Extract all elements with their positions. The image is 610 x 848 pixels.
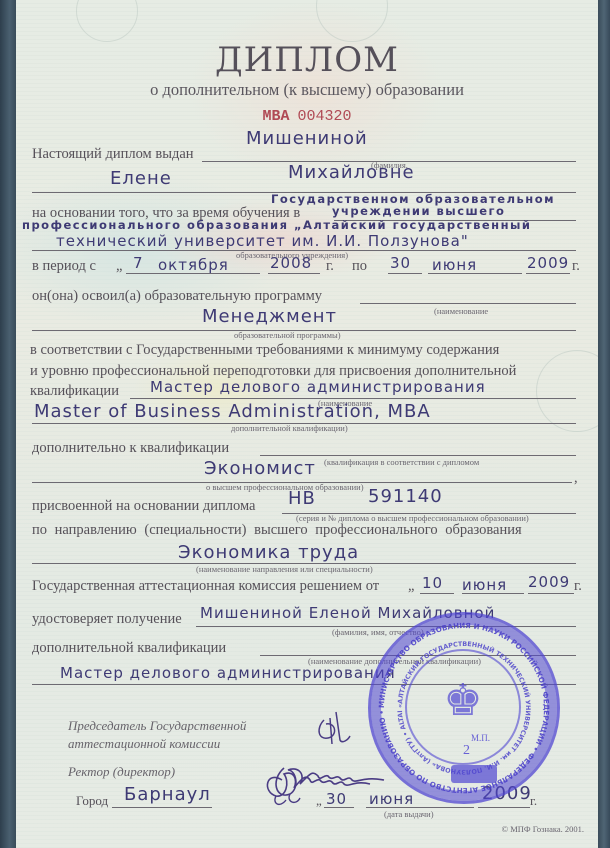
base-diploma-label: присвоенной на основании диплома [32, 498, 255, 515]
program-hint-top: (наименование [434, 306, 488, 316]
chairman-label-2: аттестационной комиссии [68, 736, 220, 752]
field-line [360, 303, 576, 304]
specialty-label: по направлению (специальности) высшего п… [32, 522, 522, 539]
period-to-label: по [352, 258, 367, 275]
cover-left-edge [0, 0, 16, 848]
extra-qual-label: дополнительной квалификации [32, 640, 226, 657]
institution-line1-value: учреждении высшего [332, 204, 505, 218]
base-diploma-number: 591140 [368, 486, 443, 507]
issued-label: Настоящий диплом выдан [32, 146, 194, 163]
city-label: Город [76, 793, 108, 809]
surname-value: Мишениной [246, 128, 368, 149]
field-line [260, 455, 576, 456]
period-to-day: 30 [390, 254, 411, 272]
year-suffix: г. [326, 258, 334, 275]
institution-line3-value: технический университет им. И.И. Ползуно… [56, 232, 469, 250]
comma: , [574, 470, 578, 487]
commission-month: июня [462, 576, 507, 594]
stamp-blot [451, 765, 497, 783]
field-line [478, 807, 530, 808]
additional-hint-top: (квалификация в соответствии с дипломом [324, 457, 479, 467]
field-line [268, 273, 320, 274]
stamp-mp-label: М.П. [471, 733, 490, 743]
cover-right-edge [598, 0, 610, 848]
base-diploma-series: НВ [288, 488, 316, 509]
specialty-value: Экономика труда [178, 542, 359, 563]
field-line [420, 593, 454, 594]
commission-label: Государственная аттестационная комиссия … [32, 578, 379, 595]
quote-open: „ [408, 578, 414, 595]
guilloche-ornament [316, 0, 388, 42]
rector-label: Ректор (директор) [68, 764, 175, 780]
field-line [528, 593, 574, 594]
commission-year: 2009 [528, 573, 570, 591]
chairman-label-1: Председатель Государственной [68, 718, 246, 734]
requirements-line1: в соответствии с Государственными требов… [30, 342, 499, 359]
specialty-hint: (наименование направления или специально… [196, 564, 373, 574]
qualification-en-value: Master of Business Administration, MBA [34, 401, 431, 422]
institution-line2-value: профессионального образования „Алтайский… [22, 218, 532, 232]
qualification-hint-bottom: дополнительной квалификации) [231, 423, 348, 433]
program-value: Менеджмент [202, 306, 337, 327]
copyright-notice: © МПФ Гознака. 2001. [502, 824, 584, 834]
signature-rector [266, 740, 386, 810]
guilloche-ornament [76, 0, 138, 42]
additional-hint-bottom: о высшем профессиональном образовании) [206, 482, 364, 492]
serial-series: МВА [262, 108, 289, 125]
quote-open: „ [116, 258, 122, 275]
year-suffix: г. [572, 258, 580, 275]
field-line [112, 807, 212, 808]
period-from-month: октября [158, 256, 229, 274]
document-title: ДИПЛОМ [16, 40, 598, 80]
base-qualification-value: Экономист [204, 458, 316, 479]
period-to-month: июня [432, 256, 477, 274]
period-label: в период с [32, 258, 96, 275]
diploma-page: ДИПЛОМ о дополнительном (к высшему) обра… [16, 0, 598, 848]
qualification-label: квалификации [30, 383, 119, 400]
commission-day: 10 [422, 574, 443, 592]
serial-digits: 004320 [298, 108, 352, 125]
official-stamp: МИНИСТЕРСТВО ОБРАЗОВАНИЯ И НАУКИ РОССИЙС… [368, 612, 560, 804]
given-name-value: Елене [110, 168, 172, 189]
guilloche-ornament [536, 350, 598, 432]
program-hint-bottom: образовательной программы) [234, 330, 341, 340]
certifies-label: удостоверяет получение [32, 611, 182, 628]
period-from-day: 7 [133, 254, 144, 272]
qualification-ru-value: Мастер делового администрирования [150, 378, 486, 396]
field-line [388, 273, 422, 274]
serial-number: МВА004320 [16, 108, 598, 125]
coat-of-arms-icon: ♚ [433, 673, 493, 729]
stamp-number: 2 [463, 743, 470, 759]
city-value: Барнаул [124, 784, 211, 805]
program-label: он(она) освоил(а) образовательную програ… [32, 288, 322, 305]
issue-hint: (дата выдачи) [384, 809, 434, 819]
year-suffix: г. [574, 578, 582, 595]
patronymic-value: Михайловне [288, 162, 415, 183]
field-line [526, 273, 570, 274]
period-from-year: 2008 [270, 254, 312, 272]
additional-label: дополнительно к квалификации [32, 440, 229, 457]
period-to-year: 2009 [527, 254, 569, 272]
document-subtitle: о дополнительном (к высшему) образовании [16, 80, 598, 100]
extra-qual-value: Мастер делового администрирования [60, 664, 396, 682]
